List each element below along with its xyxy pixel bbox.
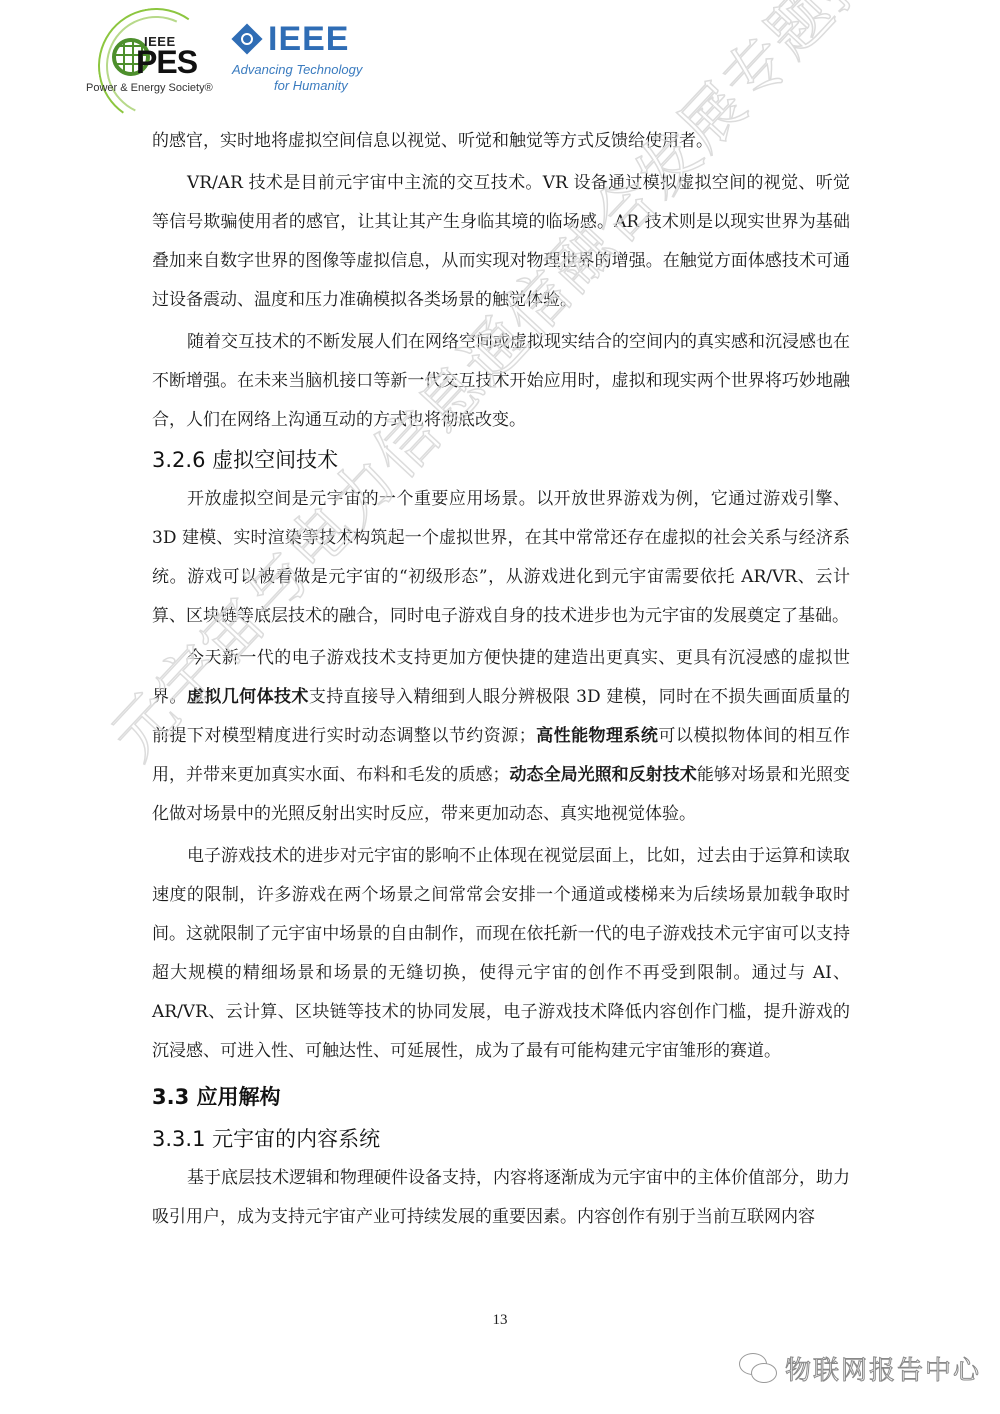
paragraph-interaction: 随着交互技术的不断发展人们在网络空间或虚拟现实结合的空间内的真实感和沉浸感也在不…: [152, 323, 850, 440]
ieee-pes-logo: IEEE PES Power & Energy Society®: [86, 4, 226, 100]
ieee-tagline-1: Advancing Technology: [232, 62, 362, 77]
bold-term-physics-system: 高性能物理系统: [536, 726, 659, 746]
section-heading-3-2-6: 3.2.6 虚拟空间技术: [152, 440, 850, 480]
paragraph-vr-ar: VR/AR 技术是目前元宇宙中主流的交互技术。VR 设备通过模拟虚拟空间的视觉、…: [152, 164, 850, 320]
bold-term-virtual-geometry: 虚拟几何体技术: [187, 687, 309, 707]
ieee-wordmark: IEEE: [268, 20, 349, 59]
paragraph-content-system: 基于底层技术逻辑和物理硬件设备支持，内容将逐渐成为元宇宙中的主体价值部分，助力吸…: [152, 1159, 850, 1237]
section-heading-3-3: 3.3 应用解构: [152, 1075, 850, 1119]
pes-logo-main: PES: [136, 44, 197, 81]
header-logos: IEEE PES Power & Energy Society® IEEE Ad…: [86, 4, 376, 100]
chat-bubble-icon: [751, 1363, 777, 1383]
wechat-icon: [737, 1351, 781, 1387]
bold-term-global-illumination: 动态全局光照和反射技术: [510, 765, 697, 785]
ieee-tagline-2: for Humanity: [274, 78, 348, 93]
paragraph-continued: 的感官，实时地将虚拟空间信息以视觉、听觉和触觉等方式反馈给使用者。: [152, 122, 850, 161]
document-body: 的感官，实时地将虚拟空间信息以视觉、听觉和触觉等方式反馈给使用者。 VR/AR …: [152, 122, 850, 1237]
ieee-logo: IEEE Advancing Technology for Humanity: [232, 22, 372, 102]
pes-logo-subtitle: Power & Energy Society®: [86, 82, 213, 94]
paragraph-open-virtual-space: 开放虚拟空间是元宇宙的一个重要应用场景。以开放世界游戏为例，它通过游戏引擎、3D…: [152, 480, 850, 636]
wechat-source-mark: 物联网报告中心: [737, 1350, 981, 1387]
page-number: 13: [0, 1312, 1000, 1329]
paragraph-game-impact: 电子游戏技术的进步对元宇宙的影响不止体现在视觉层面上，比如，过去由于运算和读取速…: [152, 837, 850, 1071]
section-heading-3-3-1: 3.3.1 元宇宙的内容系统: [152, 1119, 850, 1159]
wechat-account-name: 物联网报告中心: [785, 1350, 981, 1387]
ieee-kite-icon: [241, 33, 253, 45]
paragraph-game-tech: 今天新一代的电子游戏技术支持更加方便快捷的建造出更真实、更具有沉浸感的虚拟世界。…: [152, 639, 850, 834]
